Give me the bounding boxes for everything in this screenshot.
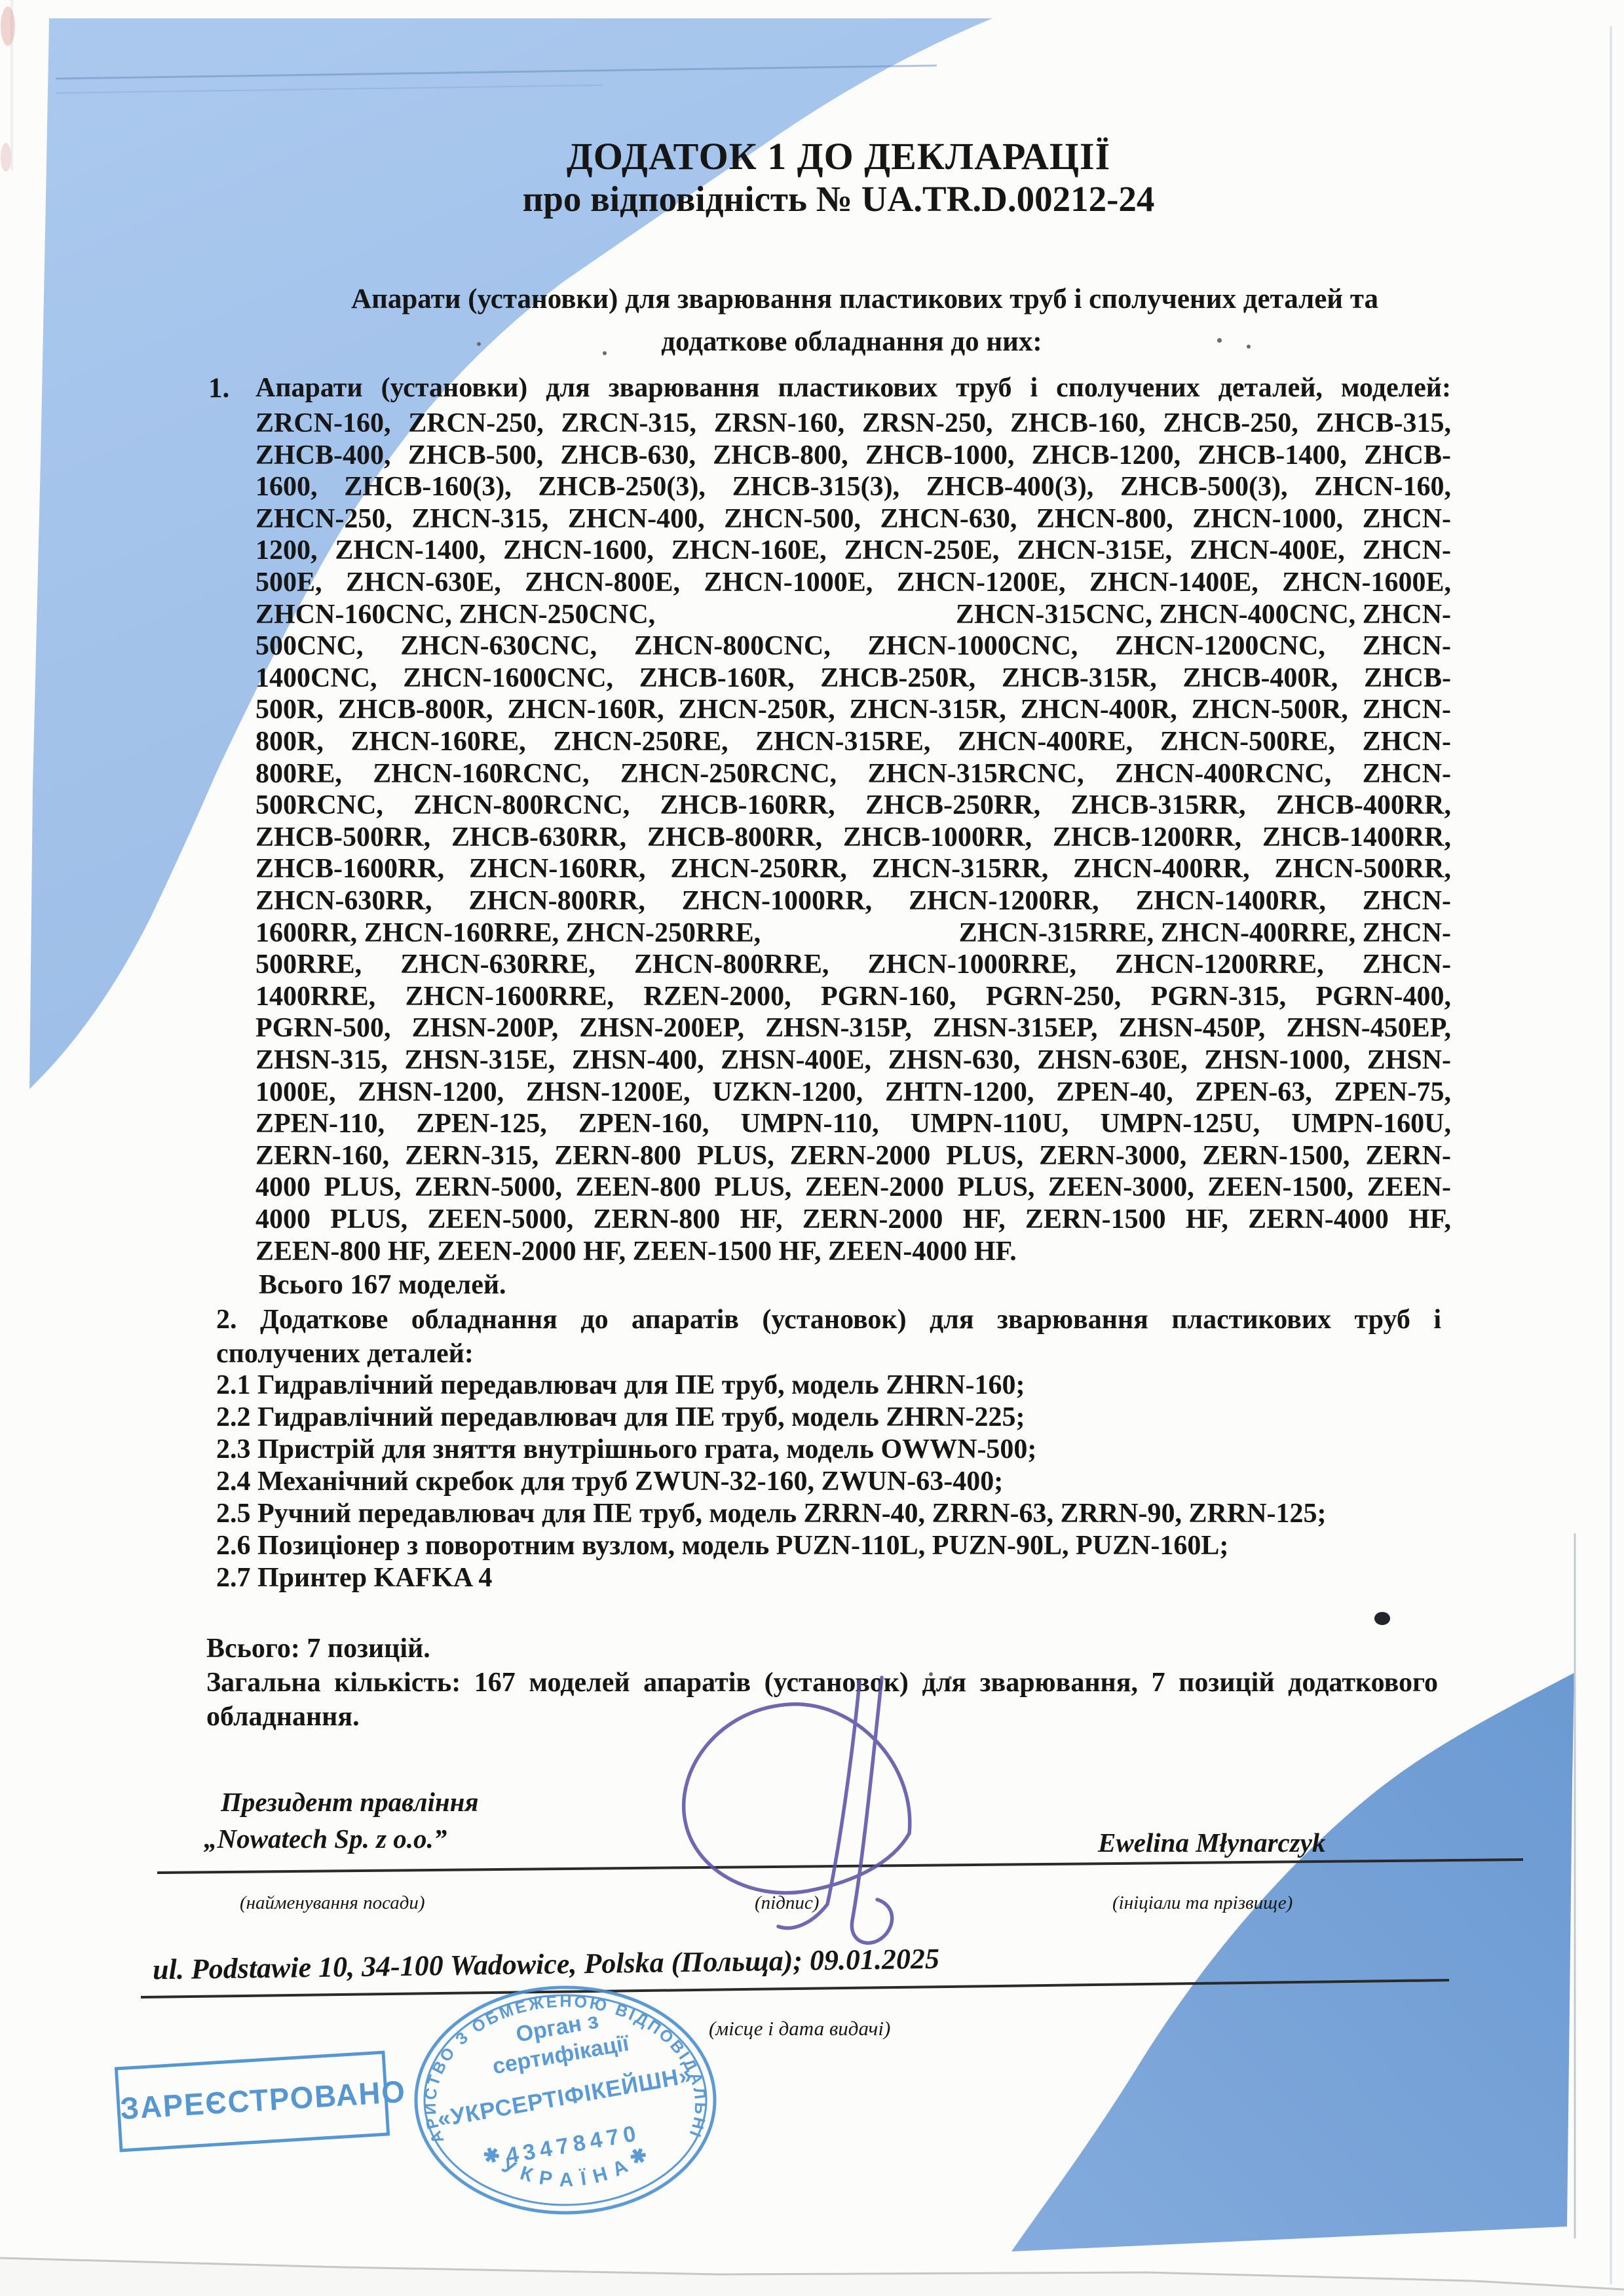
registered-stamp: ЗАРЕЄСТРОВАНО — [115, 2051, 390, 2152]
overlay-graphics: ТОВАРИСТВО З ОБМЕЖЕНОЮ ВІДПОВІДАЛЬНІСТЮ … — [0, 0, 1624, 2296]
signature-rule — [157, 1860, 1523, 1873]
signature-ink — [684, 1677, 910, 1943]
round-stamp: ТОВАРИСТВО З ОБМЕЖЕНОЮ ВІДПОВІДАЛЬНІСТЮ … — [0, 0, 715, 2213]
scanned-declaration-page: ДОДАТОК 1 ДО ДЕКЛАРАЦІЇ про відповідніст… — [0, 0, 1624, 2296]
stamp-org-name: «УКРСЕРТІФІКЕЙШН» — [436, 2061, 694, 2132]
address-rule — [141, 1980, 1449, 1997]
stamp-ring-text: ТОВАРИСТВО З ОБМЕЖЕНОЮ ВІДПОВІДАЛЬНІСТЮ — [0, 0, 709, 2146]
